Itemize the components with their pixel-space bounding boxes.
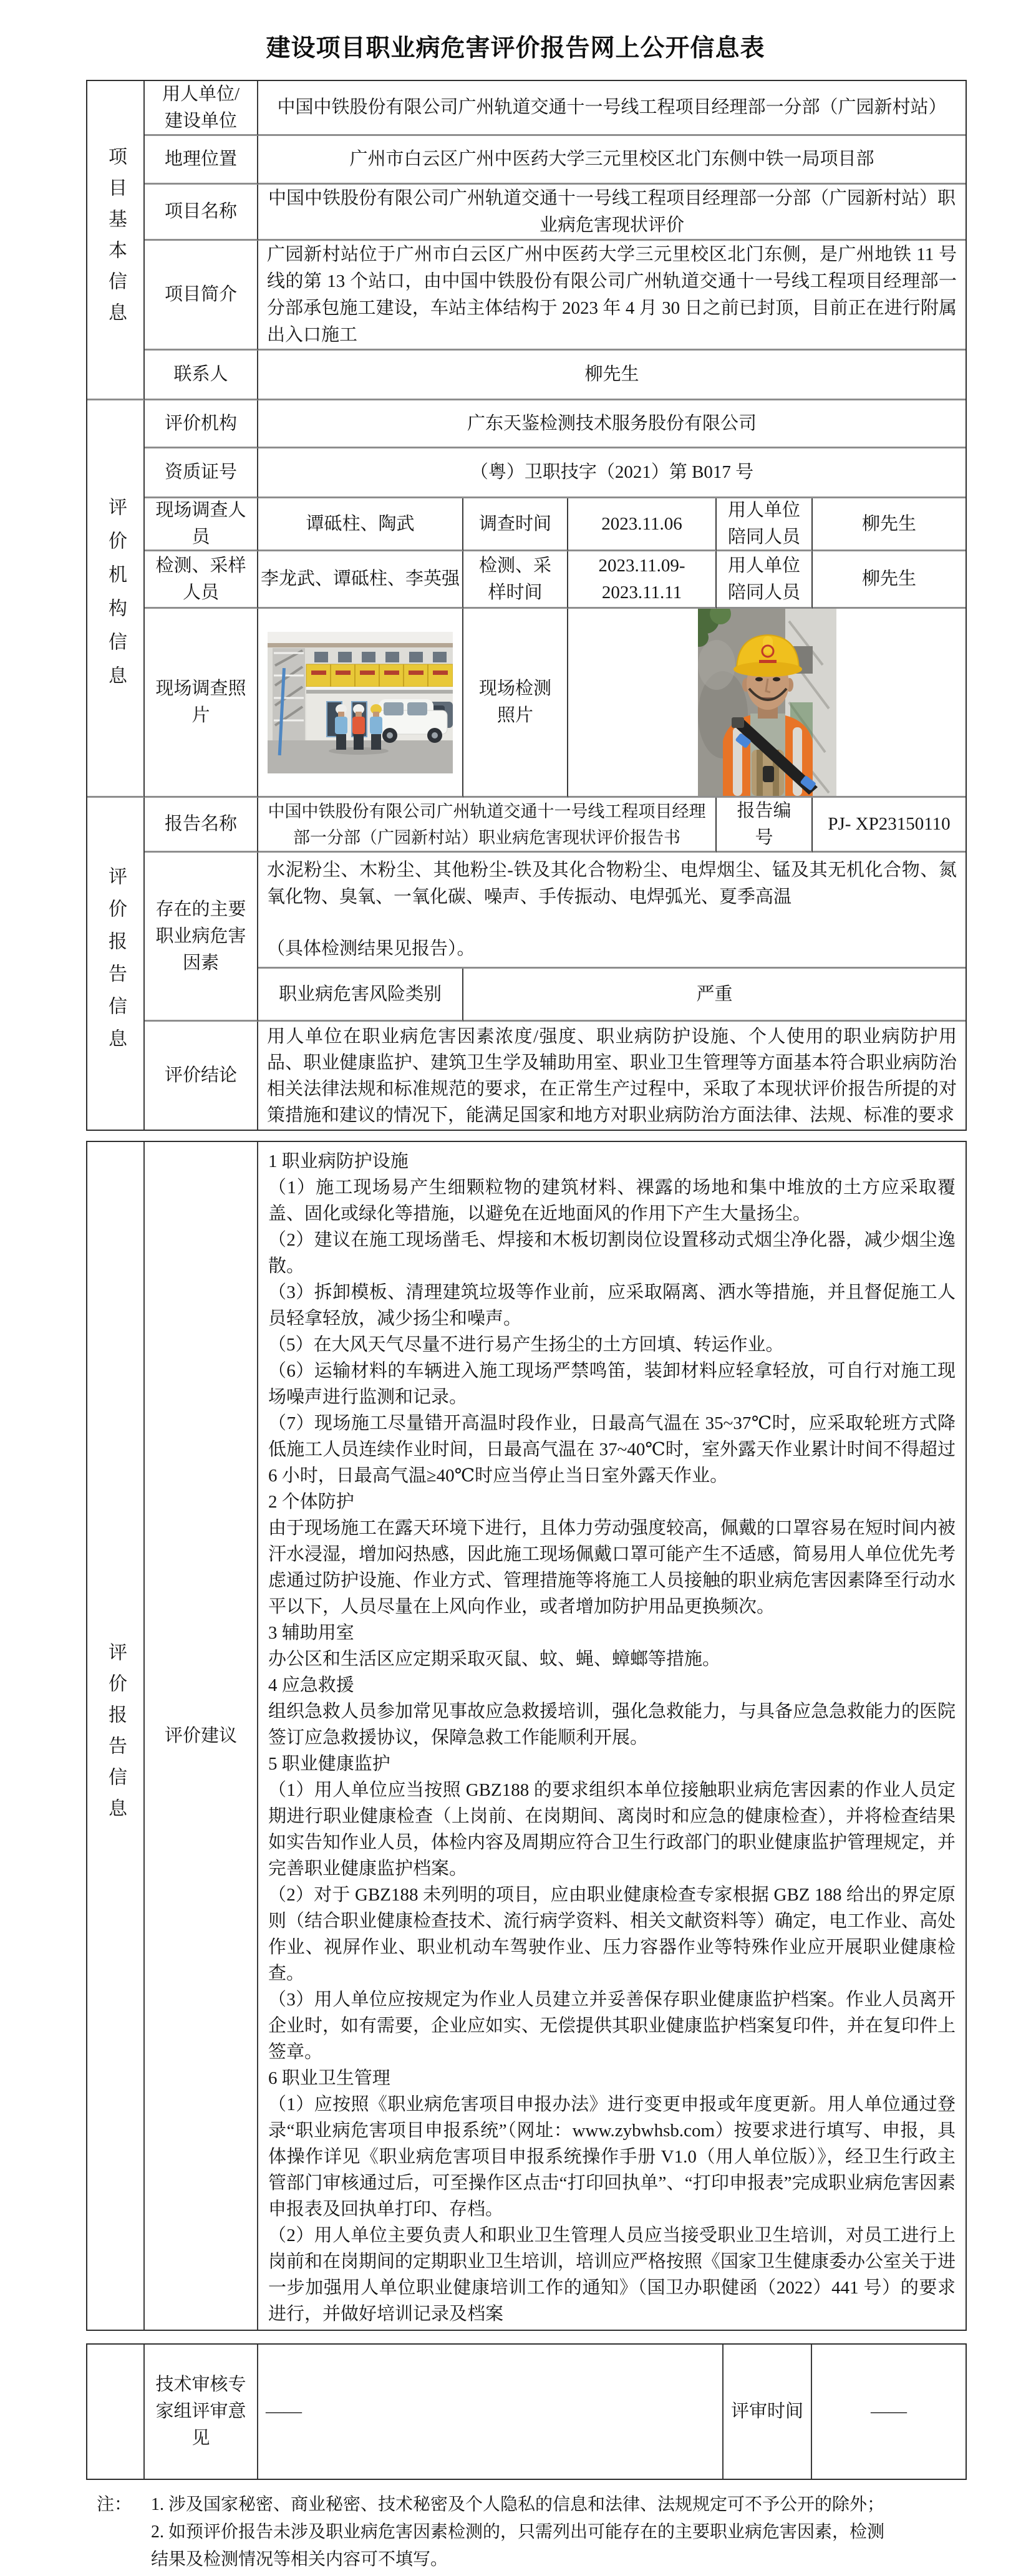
- report-name-label: 报告名称: [145, 798, 258, 853]
- conclusion-label: 评价结论: [145, 1022, 258, 1130]
- suggestion-item: （7）现场施工尽量错开高温时段作业，日最高气温在 35~37℃时，应采取轮班方式…: [268, 1410, 956, 1489]
- suggestion-item: （6）运输材料的车辆进入施工现场严禁鸣笛，装卸材料应轻拿轻放，可自行对施工现场噪…: [268, 1358, 956, 1410]
- report-no-value: PJ- XP23150110: [813, 798, 966, 853]
- suggestion-item: （2）对于 GBZ188 未列明的项目，应由职业健康检查专家根据 GBZ 188…: [268, 1882, 956, 1987]
- suggestion-heading: 3 辅助用室: [268, 1620, 956, 1646]
- review-time-value: ——: [812, 2345, 966, 2479]
- main-info-table: 项目基本信息 评价机构信息 评价报告信息 用人单位/建设单位 中国中铁股份有限公…: [86, 80, 967, 1131]
- report-no-label-text: 报告编号: [735, 798, 793, 851]
- survey-time-value: 2023.11.06: [568, 498, 717, 551]
- factors-note: （具体检测结果见报告）。: [267, 936, 957, 962]
- factors-value-cell: 水泥粉尘、木粉尘、其他粉尘-铁及其化合物粉尘、电焊烟尘、锰及其无机化合物、氮氧化…: [258, 853, 966, 969]
- notes-items: 1. 涉及国家秘密、商业秘密、技术秘密及个人隐私的信息和法律、法规规定可不予公开…: [151, 2491, 886, 2574]
- test-photo-label-text: 现场检测照片: [477, 675, 553, 729]
- survey-people-label: 现场调查人员: [145, 498, 258, 551]
- survey-photo-cell: [258, 609, 463, 798]
- agency-org-value: 广东天鉴检测技术服务股份有限公司: [258, 400, 966, 448]
- project-name-value: 中国中铁股份有限公司广州轨道交通十一号线工程项目经理部一分部（广园新村站）职业病…: [258, 185, 966, 241]
- document-page: { "title": "建设项目职业病危害评价报告网上公开信息表", "colo…: [0, 0, 1031, 2576]
- page-title: 建设项目职业病危害评价报告网上公开信息表: [0, 29, 1031, 64]
- review-value: ——: [258, 2345, 724, 2479]
- footnotes: 注： 1. 涉及国家秘密、商业秘密、技术秘密及个人隐私的信息和法律、法规规定可不…: [97, 2491, 886, 2574]
- report-name-value: 中国中铁股份有限公司广州轨道交通十一号线工程项目经理部一分部（广园新村站）职业病…: [258, 798, 717, 853]
- suggestion-item: （1）施工现场易产生细颗粒物的建筑材料、裸露的场地和集中堆放的土方应采取覆盖、固…: [268, 1174, 956, 1227]
- suggestion-item: （2）建议在施工现场凿毛、焊接和木板切割岗位设置移动式烟尘净化器，减少烟尘逸散。: [268, 1227, 956, 1279]
- survey-photo: [268, 632, 453, 773]
- review-empty-cell: [87, 2345, 145, 2479]
- suggestion-item: （3）拆卸模板、清理建筑垃圾等作业前，应采取隔离、洒水等措施，并且督促施工人员轻…: [268, 1279, 956, 1332]
- sampling-time-start: 2023.11.09-: [598, 556, 685, 576]
- suggestion-item: （5）在大风天气尽量不进行易产生扬尘的土方回填、转运作业。: [268, 1332, 956, 1358]
- group-agency-info: 评价机构信息: [87, 400, 145, 798]
- group-report-info: 评价报告信息: [87, 798, 145, 1130]
- notes-label: 注：: [97, 2491, 151, 2574]
- suggestion-heading: 5 职业健康监护: [268, 1751, 956, 1777]
- contact-value: 柳先生: [258, 351, 966, 400]
- suggestion-item: 办公区和生活区应定期采取灭鼠、蚊、蝇、蟑螂等措施。: [268, 1646, 956, 1672]
- worker-figures: [329, 704, 389, 755]
- suggestion-item: 组织急救人员参加常见事故应急救援培训，强化急救能力，与具备应急急救能力的医院签订…: [268, 1698, 956, 1751]
- sampling-time-label: 检测、采样时间: [463, 551, 568, 609]
- risk-category-label: 职业病危害风险类别: [258, 969, 463, 1022]
- sampling-accompany-value: 柳先生: [813, 551, 966, 609]
- sampling-time-end: 2023.11.11: [602, 583, 682, 603]
- suggestion-heading: 6 职业卫生管理: [268, 2065, 956, 2091]
- survey-time-label: 调查时间: [463, 498, 568, 551]
- suggestion-heading: 1 职业病防护设施: [268, 1148, 956, 1174]
- suggestion-heading: 4 应急救援: [268, 1672, 956, 1698]
- group-basic-info: 项目基本信息: [87, 81, 145, 400]
- profile-label: 项目简介: [145, 241, 258, 351]
- factors-value: 水泥粉尘、木粉尘、其他粉尘-铁及其化合物粉尘、电焊烟尘、锰及其无机化合物、氮氧化…: [267, 857, 957, 911]
- conclusion-value: 用人单位在职业病危害因素浓度/强度、职业病防护设施、个人使用的职业病防护用品、职…: [258, 1022, 966, 1130]
- contact-label: 联系人: [145, 351, 258, 400]
- sampling-accompany-label: 用人单位陪同人员: [717, 551, 813, 609]
- inspection-photo: [698, 609, 836, 796]
- note-item-1: 1. 涉及国家秘密、商业秘密、技术秘密及个人隐私的信息和法律、法规规定可不予公开…: [151, 2491, 886, 2519]
- suggestions-table: 评价报告信息 评价建议 1 职业病防护设施 （1）施工现场易产生细颗粒物的建筑材…: [86, 1141, 967, 2331]
- factors-label: 存在的主要职业病危害因素: [145, 853, 258, 1022]
- suggestion-item: （1）应按照《职业病危害项目申报办法》进行变更申报或年度更新。用人单位通过登录“…: [268, 2091, 956, 2222]
- test-photo-label: 现场检测照片: [463, 609, 568, 798]
- suggestion-item: （3）用人单位应按规定为作业人员建立并妥善保存职业健康监护档案。作业人员离开企业…: [268, 1987, 956, 2065]
- review-time-label: 评审时间: [724, 2345, 812, 2479]
- suggestions-label: 评价建议: [145, 1142, 258, 2330]
- suggestion-item: （1）用人单位应当按照 GBZ188 的要求组织本单位接触职业病危害因素的作业人…: [268, 1777, 956, 1882]
- profile-value: 广园新村站位于广州市白云区广州中医药大学三元里校区北门东侧，是广州地铁 11 号…: [258, 241, 966, 351]
- project-name-label: 项目名称: [145, 185, 258, 241]
- employer-label: 用人单位/建设单位: [145, 81, 258, 136]
- location-label: 地理位置: [145, 136, 258, 185]
- review-label: 技术审核专家组评审意见: [145, 2345, 258, 2479]
- group-report-info-2: 评价报告信息: [87, 1142, 145, 2330]
- location-value: 广州市白云区广州中医药大学三元里校区北门东侧中铁一局项目部: [258, 136, 966, 185]
- agency-org-label: 评价机构: [145, 400, 258, 448]
- suggestion-heading: 2 个体防护: [268, 1489, 956, 1515]
- employer-value: 中国中铁股份有限公司广州轨道交通十一号线工程项目经理部一分部（广园新村站）: [258, 81, 966, 136]
- report-no-label: 报告编号: [717, 798, 813, 853]
- survey-accompany-label: 用人单位陪同人员: [717, 498, 813, 551]
- survey-people-value: 谭砥柱、陶武: [258, 498, 463, 551]
- sampling-people-value: 李龙武、谭砥柱、李英强: [258, 551, 463, 609]
- survey-accompany-value: 柳先生: [813, 498, 966, 551]
- risk-category-value: 严重: [463, 969, 966, 1022]
- suggestion-item: 由于现场施工在露天环境下进行，且体力劳动强度较高，佩戴的口罩容易在短时间内被汗水…: [268, 1515, 956, 1620]
- cert-value: （粤）卫职技字（2021）第 B017 号: [258, 448, 966, 498]
- survey-photo-label: 现场调查照片: [145, 609, 258, 798]
- test-photo-cell: [568, 609, 966, 798]
- suggestions-content: 1 职业病防护设施 （1）施工现场易产生细颗粒物的建筑材料、裸露的场地和集中堆放…: [258, 1142, 966, 2330]
- staircase: [273, 648, 305, 740]
- review-table: 技术审核专家组评审意见 —— 评审时间 ——: [86, 2343, 967, 2480]
- sampling-people-label: 检测、采样人员: [145, 551, 258, 609]
- cert-label: 资质证号: [145, 448, 258, 498]
- suggestion-item: （2）用人单位主要负责人和职业卫生管理人员应当接受职业卫生培训，对员工进行上岗前…: [268, 2222, 956, 2327]
- note-item-2: 2. 如预评价报告未涉及职业病危害因素检测的，只需列出可能存在的主要职业病危害因…: [151, 2519, 886, 2574]
- sampling-time-value: 2023.11.09- 2023.11.11: [568, 551, 717, 609]
